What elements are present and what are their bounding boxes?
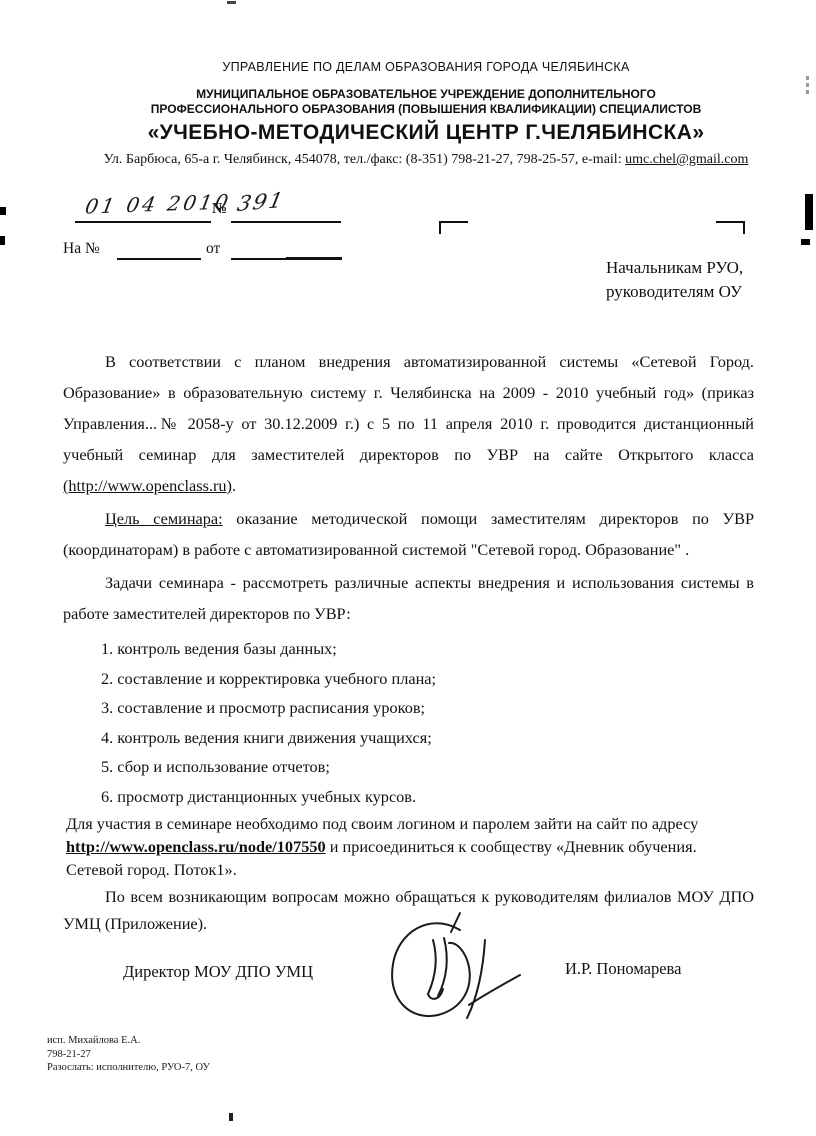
executor-phone: 798-21-27: [47, 1048, 210, 1062]
openclass-site-link[interactable]: (http://www.openclass.ru): [63, 476, 232, 495]
handwritten-number: 391: [235, 188, 287, 216]
scan-artifact-left-mark: [0, 236, 5, 245]
recipient-line: Начальникам РУО,: [606, 256, 756, 280]
recipient-line: руководителям ОУ: [606, 280, 756, 304]
scanned-letter-page: УПРАВЛЕНИЕ ПО ДЕЛАМ ОБРАЗОВАНИЯ ГОРОДА Ч…: [0, 0, 816, 1136]
scan-artifact-top-dash: [227, 1, 236, 4]
scan-artifact-bottom-mark: [229, 1113, 233, 1121]
paragraph-goal: Цель семинара: оказание методической пом…: [63, 503, 754, 565]
paragraph-text: Для участия в семинаре необходимо под св…: [66, 814, 698, 833]
paragraph-participation: Для участия в семинаре необходимо под св…: [63, 812, 754, 881]
list-item: 5. сбор и использование отчетов;: [101, 752, 754, 782]
distribution-note: Разослать: исполнителю, РУО-7, ОУ: [47, 1061, 210, 1075]
list-item: 6. просмотр дистанционных учебных курсов…: [101, 782, 754, 812]
institution-name-line1: МУНИЦИПАЛЬНОЕ ОБРАЗОВАТЕЛЬНОЕ УЧРЕЖДЕНИЕ…: [60, 87, 792, 102]
scan-artifact-right-square: [801, 239, 810, 245]
goal-label: Цель семинара:: [105, 509, 223, 528]
reply-from-date-label: от: [206, 240, 220, 258]
reply-to-number-label: На №: [63, 240, 100, 258]
list-item: 4. контроль ведения книги движения учащи…: [101, 723, 754, 753]
list-item: 3. составление и просмотр расписания уро…: [101, 693, 754, 723]
seminar-node-link[interactable]: http://www.openclass.ru/node/107550: [66, 837, 326, 856]
date-underline: [75, 221, 211, 223]
scan-artifact-right-dot: [806, 76, 809, 80]
handwritten-date: 01 04 2010: [83, 189, 233, 218]
letterhead: УПРАВЛЕНИЕ ПО ДЕЛАМ ОБРАЗОВАНИЯ ГОРОДА Ч…: [60, 60, 792, 168]
scan-artifact-right-dot: [806, 83, 809, 87]
email-link[interactable]: umc.chel@gmail.com: [625, 152, 748, 167]
signer-position: Директор МОУ ДПО УМЦ: [123, 962, 313, 982]
authority-name: УПРАВЛЕНИЕ ПО ДЕЛАМ ОБРАЗОВАНИЯ ГОРОДА Ч…: [60, 60, 792, 74]
tasks-list: 1. контроль ведения базы данных; 2. сост…: [63, 634, 754, 811]
paragraph-tasks: Задачи семинара - рассмотреть различные …: [63, 567, 754, 629]
address-line: Ул. Барбюса, 65-а г. Челябинск, 454078, …: [60, 152, 792, 168]
number-sign: №: [212, 201, 227, 218]
scan-artifact-left-mark: [0, 207, 6, 215]
handwritten-signature: [372, 908, 527, 1023]
institution-title: «УЧЕБНО-МЕТОДИЧЕСКИЙ ЦЕНТР Г.ЧЕЛЯБИНСКА»: [60, 121, 792, 145]
number-underline: [231, 221, 341, 223]
institution-name-line2: ПРОФЕССИОНАЛЬНОГО ОБРАЗОВАНИЯ (ПОВЫШЕНИЯ…: [60, 102, 792, 117]
recipient-block: Начальникам РУО, руководителям ОУ: [606, 256, 756, 304]
paragraph-text: .: [232, 476, 236, 495]
signer-name: И.Р. Пономарева: [565, 959, 681, 979]
letter-body: В соответствии с планом внедрения автома…: [63, 346, 754, 937]
executor-name: исп. Михайлова Е.А.: [47, 1034, 210, 1048]
executor-block: исп. Михайлова Е.А. 798-21-27 Разослать:…: [47, 1034, 210, 1075]
paragraph-text: В соответствии с планом внедрения автома…: [63, 352, 754, 464]
scan-artifact-right-dot: [806, 90, 809, 94]
address-text: Ул. Барбюса, 65-а г. Челябинск, 454078, …: [104, 152, 626, 167]
corner-bracket-left: [439, 221, 468, 234]
scan-artifact-right-bar: [805, 194, 813, 230]
reply-number-blank: [117, 258, 201, 260]
list-item: 2. составление и корректировка учебного …: [101, 664, 754, 694]
paragraph-introduction: В соответствии с планом внедрения автома…: [63, 346, 754, 501]
list-item: 1. контроль ведения базы данных;: [101, 634, 754, 664]
reply-date-blank-smudge: [286, 257, 342, 260]
corner-bracket-right: [716, 221, 745, 234]
